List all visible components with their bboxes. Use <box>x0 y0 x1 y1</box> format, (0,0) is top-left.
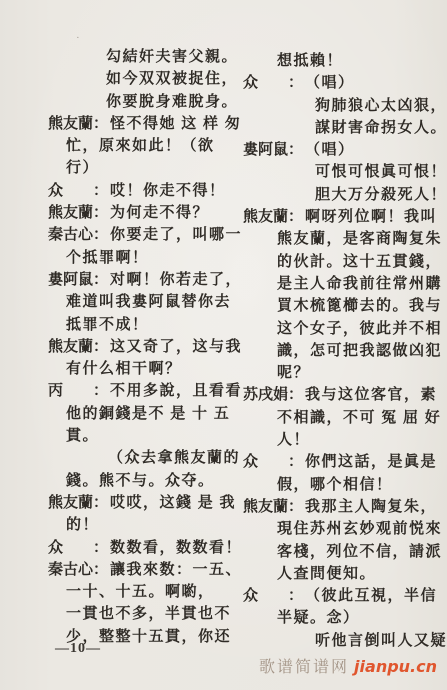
site-watermark: 歌谱简谱网 jianpu.cn <box>259 654 437 677</box>
dialogue-text: 一貫也不多，半貫也不 <box>48 603 231 625</box>
watermark-site-name: 歌谱简谱网 <box>259 657 349 676</box>
script-line: 貫。 <box>48 425 244 447</box>
script-line: 現住苏州玄妙观前悦來 <box>243 518 447 540</box>
script-line: 客棧，列位不信，請派 <box>243 541 447 563</box>
script-line: 熊友蘭：我那主人陶复朱， <box>243 496 447 518</box>
watermark-site-url: jianpu.cn <box>354 657 437 676</box>
page-number: —10— <box>55 641 101 657</box>
dialogue-text: 你要走了，叫哪一 <box>110 224 242 246</box>
speaker-name: 秦古心： <box>48 224 110 246</box>
dialogue-text: 貫。 <box>48 425 99 447</box>
dialogue-text: 讓我來数：一五、 <box>110 559 242 581</box>
script-line: 想抵賴！ <box>243 50 447 72</box>
speaker-name: 苏戌娟： <box>243 384 305 406</box>
speaker-name: 秦古心： <box>48 559 110 581</box>
script-line: 不相識，不可 冤 屈 好 <box>243 407 447 429</box>
script-line: 个抵罪啊！ <box>48 247 244 269</box>
script-line: 呢？ <box>243 362 447 384</box>
dialogue-text: 的！ <box>48 514 99 536</box>
speaker-name: 熊友蘭： <box>48 492 110 514</box>
script-line: 众 ：哎！你走不得！ <box>48 180 244 202</box>
script-line: 熊友蘭：啊呀列位啊！我叫 <box>243 206 447 228</box>
script-line: 假，哪个相信！ <box>243 474 447 496</box>
dialogue-text: 哎哎，这錢 是 我 <box>110 492 236 514</box>
speaker-name: 熊友蘭： <box>48 113 110 135</box>
script-line: 众 ：数数看，数数看！ <box>48 537 244 559</box>
script-line: 苏戌娟：我与这位客官，素 <box>243 384 447 406</box>
speaker-name: 丙 ： <box>48 380 110 402</box>
dialogue-text: 对啊！你若走了， <box>110 269 242 291</box>
script-line: （众去拿熊友蘭的 <box>48 447 244 469</box>
script-line: 有什么相干啊？ <box>48 358 244 380</box>
script-line: 半疑。念） <box>243 607 447 629</box>
script-line: 胆大万分殺死人！ <box>243 184 447 206</box>
script-line: 熊友蘭：为何走不得？ <box>48 202 244 224</box>
script-line: 秦古心：讓我來数：一五、 <box>48 559 244 581</box>
dialogue-text: 不用多說，且看看 <box>110 380 242 402</box>
script-line: 一貫也不多，半貫也不 <box>48 603 244 625</box>
script-line: 買木梳篦櫛去的。我与 <box>243 295 447 317</box>
dialogue-text: 錢。熊不与。众夺。 <box>48 470 215 492</box>
script-line: 丙 ：不用多說，且看看 <box>48 380 244 402</box>
dialogue-text: 胆大万分殺死人！ <box>243 184 447 206</box>
speaker-name: 婁阿鼠： <box>243 139 305 161</box>
dialogue-text: 数数看，数数看！ <box>110 537 242 559</box>
scan-artifact: · <box>76 32 80 44</box>
script-line: 如今双双被捉住， <box>48 68 244 90</box>
dialogue-text: （唱） <box>305 72 355 94</box>
dialogue-text: 半疑。念） <box>243 607 360 629</box>
dialogue-text: 这又奇了，这与我 <box>110 336 242 358</box>
script-line: 抵罪不成！ <box>48 314 244 336</box>
script-line: 婁阿鼠：对啊！你若走了， <box>48 269 244 291</box>
speaker-name: 熊友蘭： <box>48 336 110 358</box>
dialogue-text: 呢？ <box>243 362 310 384</box>
dialogue-text: 熊友蘭，是客商陶复朱 <box>243 228 442 250</box>
dialogue-text: （彼此互視，半信 <box>305 585 437 607</box>
script-line: 难道叫我婁阿鼠替你去 <box>48 291 244 313</box>
dialogue-text: 哎！你走不得！ <box>110 180 226 202</box>
script-line: 你要脫身难脫身。 <box>48 91 244 113</box>
dialogue-text: 如今双双被捉住， <box>48 68 238 90</box>
script-line: 勾結奸夫害父親。 <box>48 46 244 68</box>
script-line: 人！ <box>243 429 447 451</box>
dialogue-text: 現住苏州玄妙观前悦來 <box>243 518 442 540</box>
dialogue-text: 人！ <box>243 429 310 451</box>
script-line: 婁阿鼠：（唱） <box>243 139 447 161</box>
dialogue-text: 狗肺狼心太凶狠， <box>243 95 447 117</box>
script-line: 他的銅錢是不 是 十 五 <box>48 403 244 425</box>
speaker-name: 熊友蘭： <box>243 496 305 518</box>
dialogue-text: 的伙計。这十五貫錢， <box>243 251 442 273</box>
dialogue-text: 勾結奸夫害父親。 <box>48 46 238 68</box>
script-line: 的伙計。这十五貫錢， <box>243 251 447 273</box>
speaker-name: 众 ： <box>243 585 305 607</box>
dialogue-text: 你們这話，是眞是 <box>305 451 437 473</box>
dialogue-text: 我那主人陶复朱， <box>305 496 437 518</box>
dialogue-text: 他的銅錢是不 是 十 五 <box>48 403 230 425</box>
script-line: 一十、十五。啊喲， <box>48 581 244 603</box>
script-line: 行） <box>48 157 244 179</box>
speaker-name: 众 ： <box>48 180 110 202</box>
dialogue-text: 抵罪不成！ <box>48 314 149 336</box>
dialogue-text: 我与这位客官，素 <box>305 384 437 406</box>
dialogue-text: 难道叫我婁阿鼠替你去 <box>48 291 231 313</box>
speaker-name: 熊友蘭： <box>243 206 305 228</box>
script-line: 熊友蘭：怪不得她 这 样 匆 <box>48 113 244 135</box>
script-line: 听他言倒叫人又疑 <box>243 630 447 652</box>
dialogue-text: 假，哪个相信！ <box>243 474 393 496</box>
speaker-name: 婁阿鼠： <box>48 269 110 291</box>
script-line: 的！ <box>48 514 244 536</box>
dialogue-text: 一十、十五。啊喲， <box>48 581 215 603</box>
dialogue-text: 是主人命我前往常州購 <box>243 273 442 295</box>
dialogue-text: 怪不得她 这 样 匆 <box>110 113 241 135</box>
script-line: 忙，原來如此！（欲 <box>48 135 244 157</box>
script-line: 众 ：你們这話，是眞是 <box>243 451 447 473</box>
dialogue-text: 啊呀列位啊！我叫 <box>305 206 437 228</box>
dialogue-text: 忙，原來如此！（欲 <box>48 135 215 157</box>
dialogue-text: 有什么相干啊？ <box>48 358 182 380</box>
speaker-name: 众 ： <box>243 451 305 473</box>
script-line: 众 ：（唱） <box>243 72 447 94</box>
script-line: 識，怎可把我認做凶犯 <box>243 340 447 362</box>
dialogue-text: 想抵賴！ <box>243 50 343 72</box>
dialogue-text: 人查問便知。 <box>243 563 376 585</box>
speaker-name: 熊友蘭： <box>48 202 110 224</box>
script-line: 熊友蘭，是客商陶复朱 <box>243 228 447 250</box>
dialogue-text: （众去拿熊友蘭的 <box>48 447 240 469</box>
dialogue-text: 听他言倒叫人又疑 <box>243 630 447 652</box>
script-line: 錢。熊不与。众夺。 <box>48 470 244 492</box>
dialogue-text: 可恨可恨眞可恨！ <box>243 161 447 183</box>
dialogue-text: 不相識，不可 冤 屈 好 <box>243 407 441 429</box>
script-line: 狗肺狼心太凶狠， <box>243 95 447 117</box>
scanned-script-page: · 、 勾結奸夫害父親。如今双双被捉住，你要脫身难脫身。熊友蘭：怪不得她 这 样… <box>0 0 447 690</box>
dialogue-text: （唱） <box>305 139 355 161</box>
dialogue-text: 客棧，列位不信，請派 <box>243 541 442 563</box>
dialogue-text: 为何走不得？ <box>110 202 209 224</box>
script-line: 秦古心：你要走了，叫哪一 <box>48 224 244 246</box>
right-text-column: 想抵賴！众 ：（唱）狗肺狼心太凶狠，謀財害命拐女人。婁阿鼠：（唱）可恨可恨眞可恨… <box>243 50 447 652</box>
script-line: 可恨可恨眞可恨！ <box>243 161 447 183</box>
speaker-name: 众 ： <box>48 537 110 559</box>
dialogue-text: 个抵罪啊！ <box>48 247 149 269</box>
dialogue-text: 行） <box>48 157 99 179</box>
script-line: 熊友蘭：这又奇了，这与我 <box>48 336 244 358</box>
script-line: 謀財害命拐女人。 <box>243 117 447 139</box>
script-line: 是主人命我前往常州購 <box>243 273 447 295</box>
dialogue-text: 謀財害命拐女人。 <box>243 117 447 139</box>
dialogue-text: 你要脫身难脫身。 <box>48 91 238 113</box>
script-line: 这个女子，彼此并不相 <box>243 318 447 340</box>
speaker-name: 众 ： <box>243 72 305 94</box>
dialogue-text: 買木梳篦櫛去的。我与 <box>243 295 442 317</box>
left-text-column: 勾結奸夫害父親。如今双双被捉住，你要脫身难脫身。熊友蘭：怪不得她 这 样 匆忙，… <box>48 46 244 648</box>
dialogue-text: 識，怎可把我認做凶犯 <box>243 340 442 362</box>
dialogue-text: 这个女子，彼此并不相 <box>243 318 442 340</box>
script-line: 众 ：（彼此互視，半信 <box>243 585 447 607</box>
script-line: 熊友蘭：哎哎，这錢 是 我 <box>48 492 244 514</box>
script-line: 人查問便知。 <box>243 563 447 585</box>
